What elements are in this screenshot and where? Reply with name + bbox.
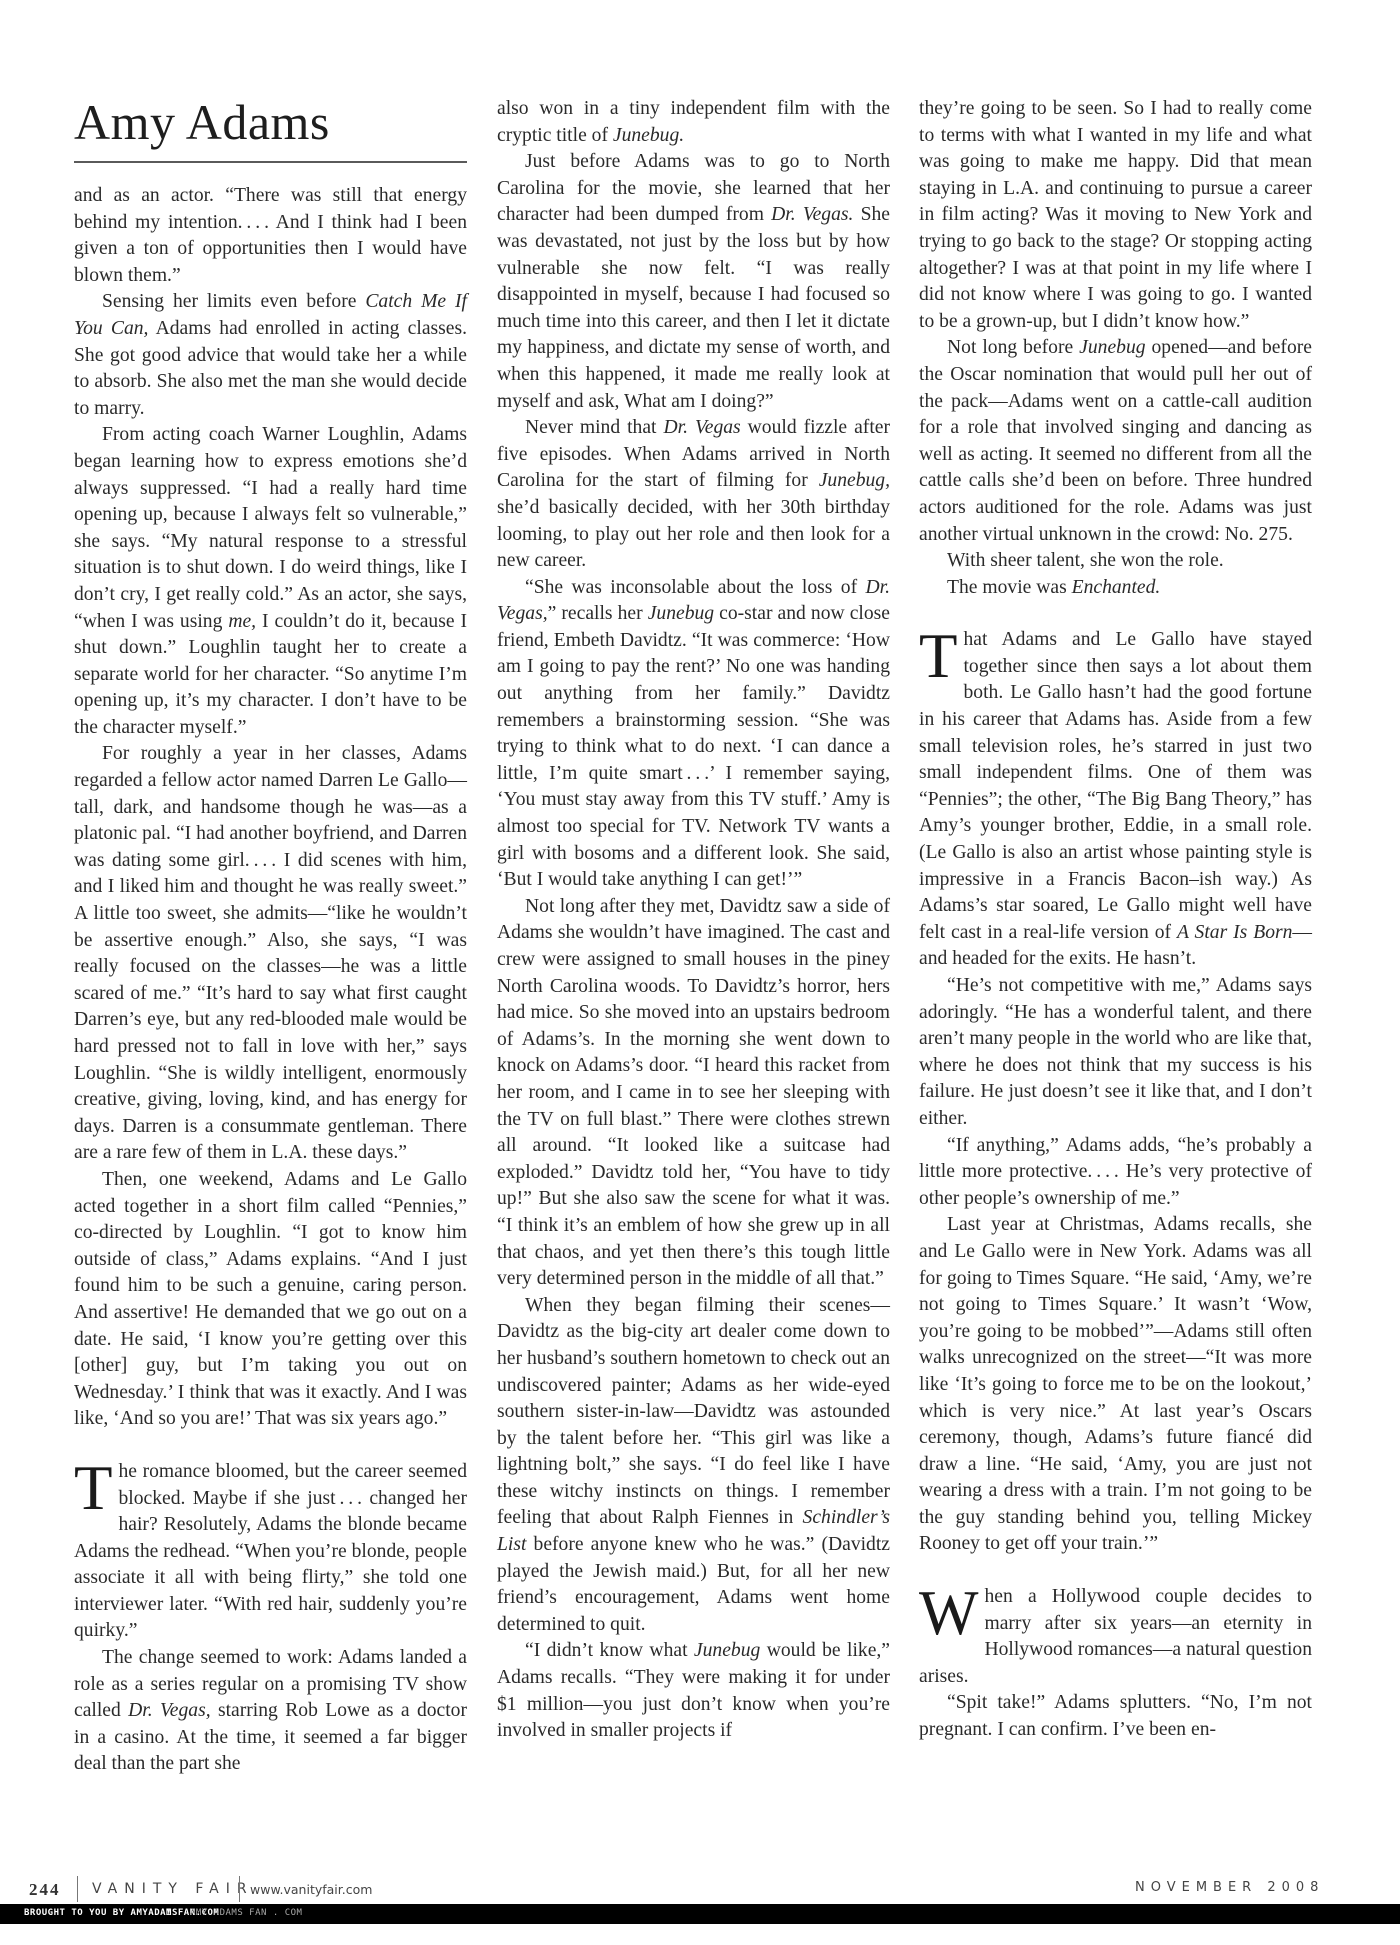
article-paragraph: “He’s not competitive with me,” Adams sa…	[919, 973, 1312, 1133]
text-run: before anyone knew who he was.” (Davidtz…	[497, 1534, 890, 1635]
text-run: “If anything,” Adams adds, “he’s probabl…	[919, 1135, 1312, 1209]
italic-title: Junebug.	[613, 125, 684, 146]
text-run: With sheer talent, she won the role.	[947, 550, 1224, 571]
italic-title: Dr. Vegas.	[771, 204, 853, 225]
text-run: ” recalls her	[548, 603, 648, 624]
column-3: they’re going to be seen. So I had to re…	[919, 96, 1312, 1744]
article-paragraph: Not long before Junebug opened—and befor…	[919, 335, 1312, 548]
article-paragraph: Sensing her limits even before Catch Me …	[74, 289, 467, 422]
italic-title: Junebug	[1079, 337, 1145, 358]
text-run: they’re going to be seen. So I had to re…	[919, 98, 1312, 332]
text-run: “I didn’t know what	[525, 1640, 694, 1661]
text-run: Then, one weekend, Adams and Le Gallo ac…	[74, 1169, 467, 1429]
text-run: Not long after they met, Davidtz saw a s…	[497, 896, 890, 1289]
folio-divider	[239, 1876, 240, 1902]
credit-bar: BROUGHT TO YOU BY AMYADAMSFAN.COM I AMY …	[0, 1904, 1400, 1924]
text-run: hat Adams and Le Gallo have stayed toget…	[919, 629, 1312, 943]
magazine-page: Amy Adams and as an actor. “There was st…	[0, 0, 1400, 1945]
drop-cap: T	[74, 1463, 112, 1513]
article-paragraph: they’re going to be seen. So I had to re…	[919, 96, 1312, 335]
text-run: When they began filming their scenes—Dav…	[497, 1295, 890, 1529]
article-paragraph: “I didn’t know what Junebug would be lik…	[497, 1638, 890, 1744]
text-run: opened—and before the Oscar nomination t…	[919, 337, 1312, 544]
text-run: She was devastated, not just by the loss…	[497, 204, 890, 411]
article-paragraph: When they began filming their scenes—Dav…	[497, 1293, 890, 1639]
text-run: “Spit take!” Adams splutters. “No, I’m n…	[919, 1692, 1312, 1740]
magazine-name: VANITY FAIR	[92, 1881, 254, 1897]
text-run: “She was inconsolable about the loss of	[525, 577, 865, 598]
drop-cap: W	[919, 1588, 978, 1638]
article-paragraph: “Spit take!” Adams splutters. “No, I’m n…	[919, 1690, 1312, 1743]
article-paragraph: Last year at Christmas, Adams recalls, s…	[919, 1212, 1312, 1558]
page-footer: 244 VANITY FAIR www.vanityfair.com NOVEM…	[0, 1880, 1400, 1904]
article-paragraph: For roughly a year in her classes, Adams…	[74, 741, 467, 1167]
italic-title: Dr. Vegas,	[128, 1700, 210, 1721]
text-run: Last year at Christmas, Adams recalls, s…	[919, 1214, 1312, 1554]
title-rule	[74, 161, 467, 163]
folio-divider	[77, 1876, 78, 1902]
text-run: “He’s not competitive with me,” Adams sa…	[919, 975, 1312, 1129]
article-paragraph: also won in a tiny independent film with…	[497, 96, 890, 149]
text-run: and as an actor. “There was still that e…	[74, 185, 467, 286]
article-paragraph: “If anything,” Adams adds, “he’s probabl…	[919, 1133, 1312, 1213]
text-run: From acting coach Warner Loughlin, Adams…	[74, 424, 467, 631]
issue-date: NOVEMBER 2008	[1135, 1880, 1324, 1895]
italic-title: Enchanted.	[1072, 577, 1161, 598]
article-paragraph: and as an actor. “There was still that e…	[74, 183, 467, 289]
text-run: he romance bloomed, but the career seeme…	[74, 1461, 467, 1642]
article-paragraph: From acting coach Warner Loughlin, Adams…	[74, 422, 467, 741]
column-1: and as an actor. “There was still that e…	[74, 183, 467, 1778]
article-paragraph: Then, one weekend, Adams and Le Gallo ac…	[74, 1167, 467, 1433]
drop-cap: T	[919, 631, 957, 681]
article-title: Amy Adams	[74, 92, 330, 152]
text-run: Never mind that	[525, 417, 663, 438]
text-run: The movie was	[947, 577, 1072, 598]
credit-site: AMY ADAMS FAN . COM	[190, 1908, 302, 1918]
credit-separator: I	[166, 1908, 171, 1918]
text-run: also won in a tiny independent film with…	[497, 98, 890, 146]
article-paragraph: The romance bloomed, but the career seem…	[74, 1459, 467, 1645]
text-run: co-star and now close friend, Embeth Dav…	[497, 603, 890, 890]
italic-title: A Star Is Born	[1177, 922, 1292, 943]
page-number: 244	[29, 1880, 61, 1900]
italic-title: Junebug	[694, 1640, 760, 1661]
article-paragraph: With sheer talent, she won the role.	[919, 548, 1312, 575]
text-run: Sensing her limits even before	[102, 291, 365, 312]
text-run: For roughly a year in her classes, Adams…	[74, 743, 467, 1163]
italic-title: Junebug,	[819, 470, 890, 491]
article-paragraph: The change seemed to work: Adams landed …	[74, 1645, 467, 1778]
article-paragraph: Just before Adams was to go to North Car…	[497, 149, 890, 415]
article-paragraph: Never mind that Dr. Vegas would fizzle a…	[497, 415, 890, 575]
column-2: also won in a tiny independent film with…	[497, 96, 890, 1745]
article-paragraph: Not long after they met, Davidtz saw a s…	[497, 894, 890, 1293]
italic-title: Dr. Vegas	[663, 417, 740, 438]
text-run: she’d basically decided, with her 30th b…	[497, 497, 890, 571]
article-paragraph: “She was inconsolable about the loss of …	[497, 575, 890, 894]
italic-title: me,	[228, 611, 256, 632]
magazine-url[interactable]: www.vanityfair.com	[250, 1882, 372, 1897]
text-run: Not long before	[947, 337, 1079, 358]
article-paragraph: That Adams and Le Gallo have stayed toge…	[919, 627, 1312, 973]
italic-title: Junebug	[648, 603, 714, 624]
article-paragraph: The movie was Enchanted.	[919, 575, 1312, 602]
article-paragraph: When a Hollywood couple decides to marry…	[919, 1584, 1312, 1690]
